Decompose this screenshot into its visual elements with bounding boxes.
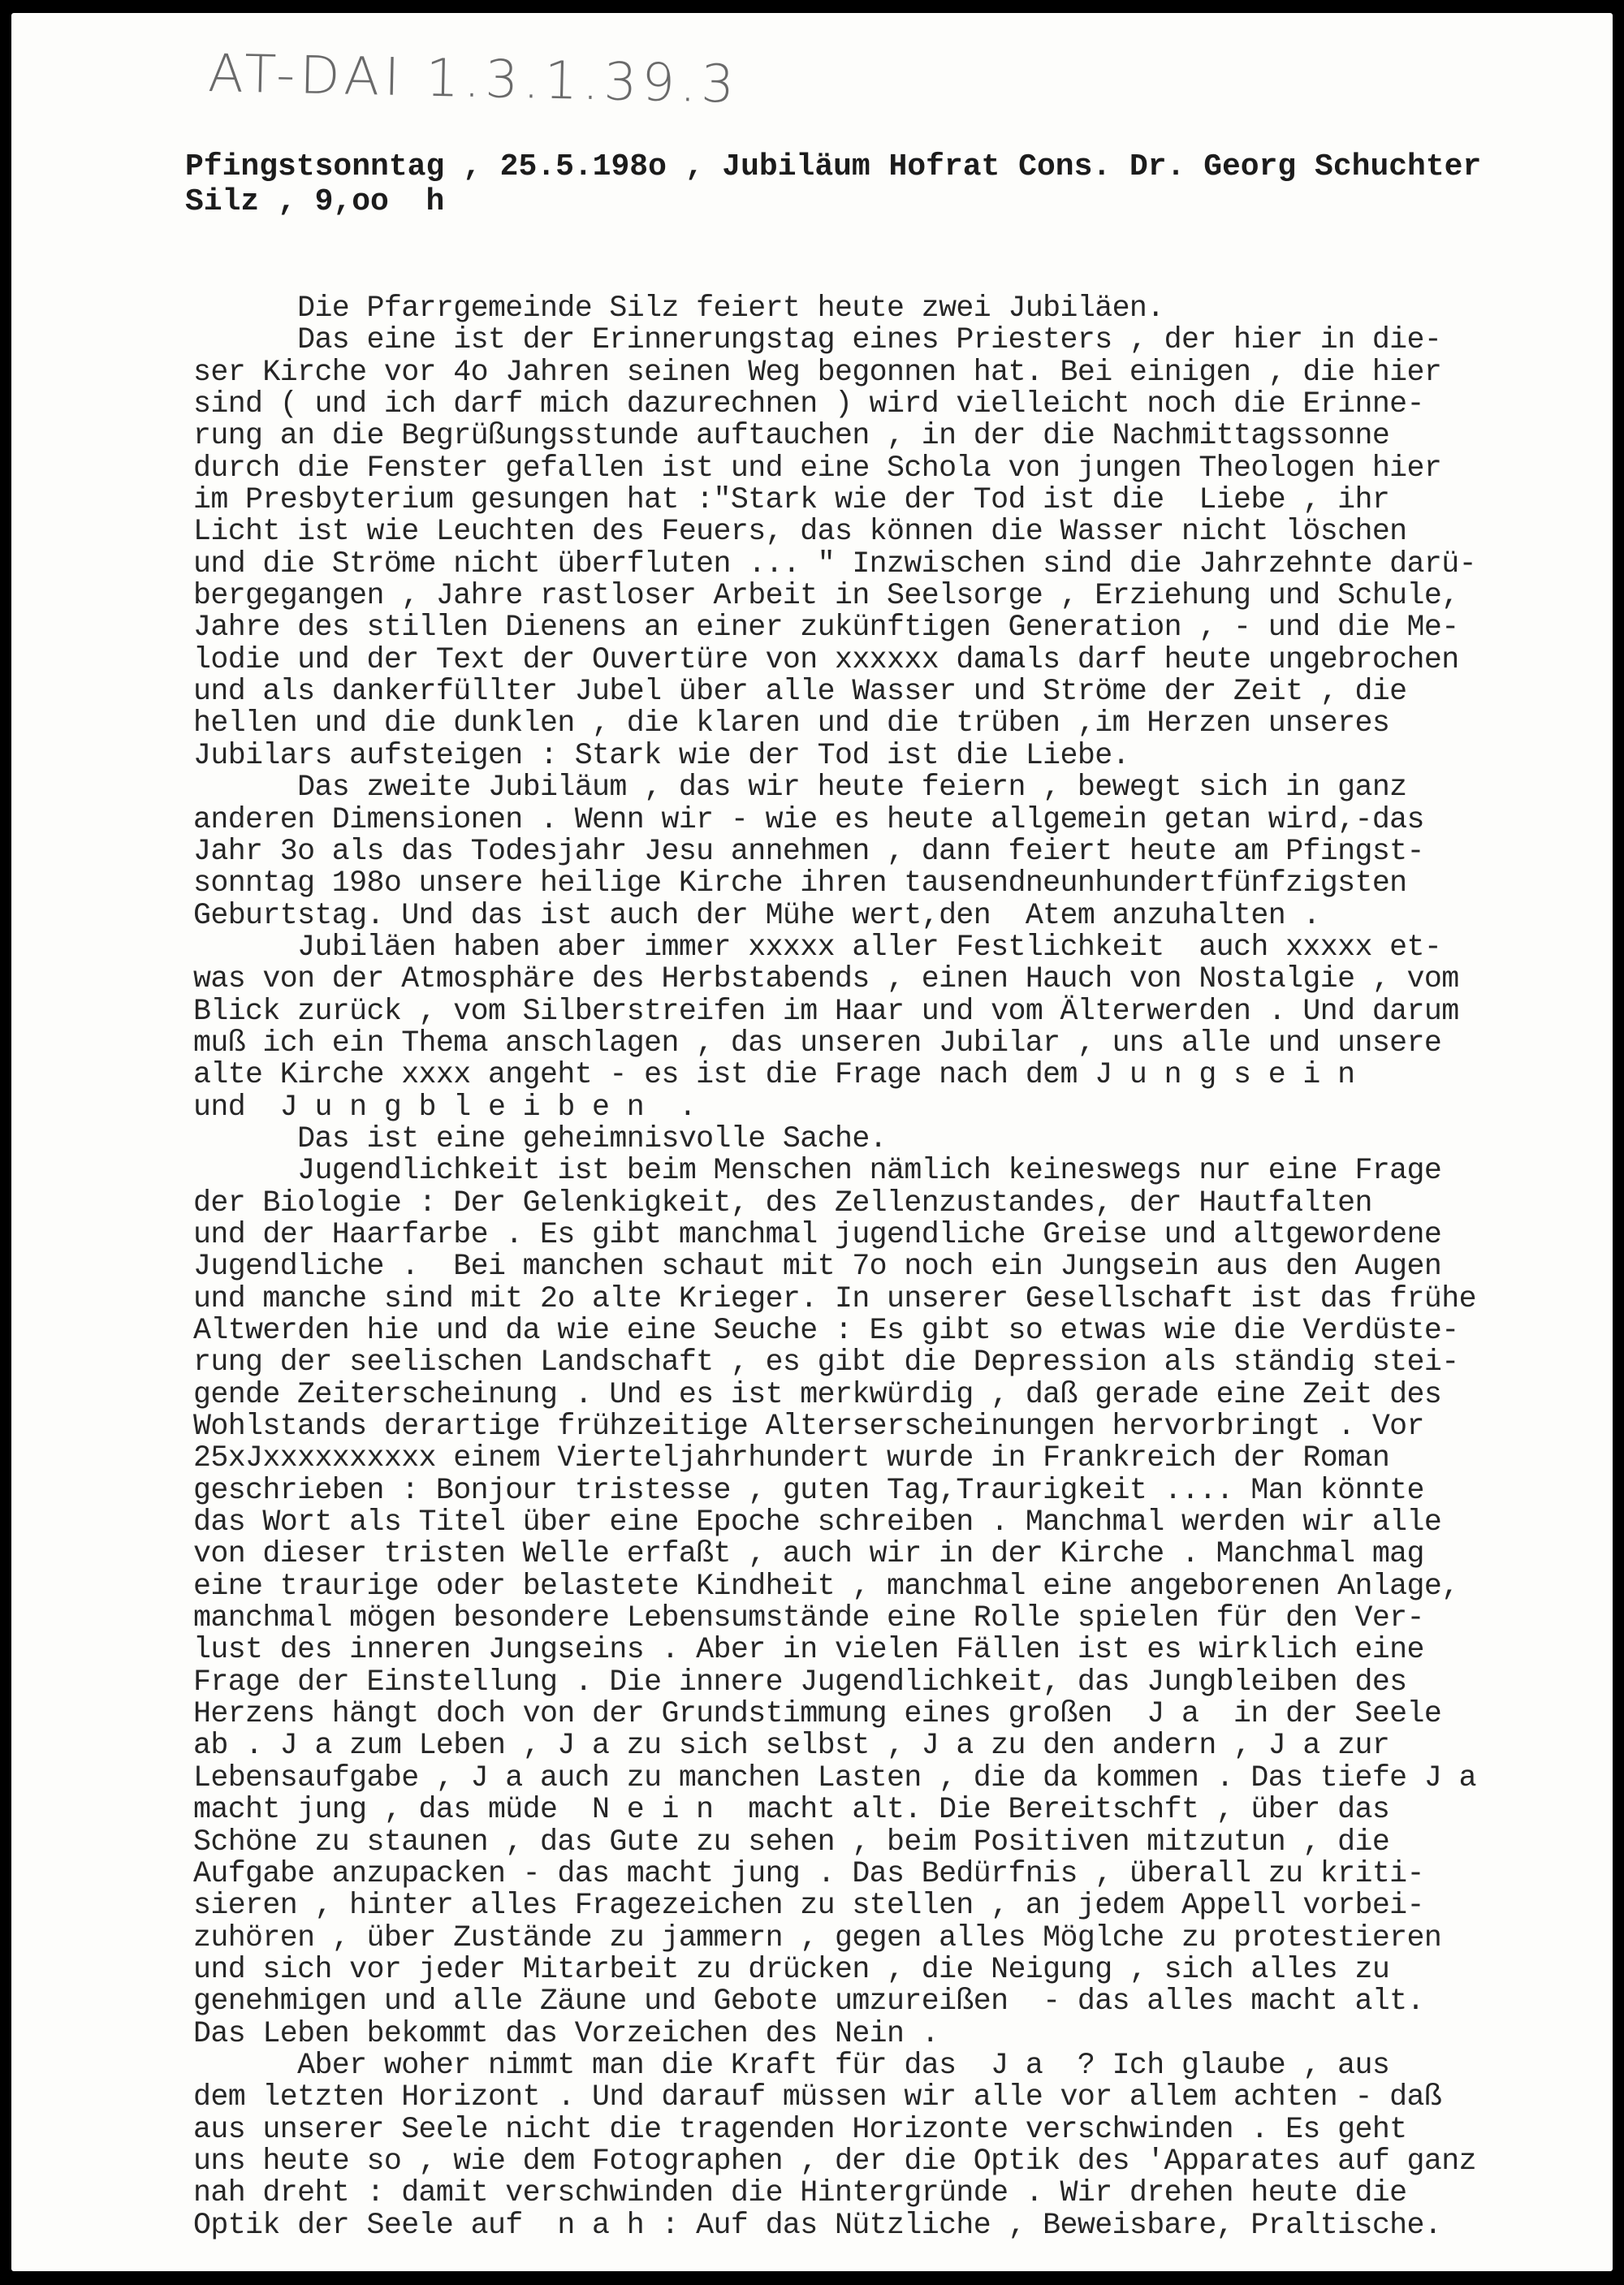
body-line: anderen Dimensionen . Wenn wir - wie es … <box>193 804 1476 836</box>
body-line: und manche sind mit 2o alte Krieger. In … <box>193 1283 1476 1315</box>
body-line: Das zweite Jubiläum , das wir heute feie… <box>193 771 1476 803</box>
heading-line-place-time: Silz , 9,oo h <box>185 184 1481 219</box>
body-line: genehmigen und alle Zäune und Gebote umz… <box>193 1985 1476 2017</box>
body-line: das Wort als Titel über eine Epoche schr… <box>193 1506 1476 1538</box>
body-line: sind ( und ich darf mich dazurechnen ) w… <box>193 388 1476 420</box>
body-line: Die Pfarrgemeinde Silz feiert heute zwei… <box>193 292 1476 324</box>
body-line: und J u n g b l e i b e n . <box>193 1091 1476 1123</box>
body-line: Altwerden hie und da wie eine Seuche : E… <box>193 1315 1476 1346</box>
body-line: ab . J a zum Leben , J a zu sich selbst … <box>193 1730 1476 1761</box>
body-line: Wohlstands derartige frühzeitige Alterse… <box>193 1410 1476 1442</box>
body-line: Das ist eine geheimnisvolle Sache. <box>193 1123 1476 1155</box>
body-line: alte Kirche xxxx angeht - es ist die Fra… <box>193 1059 1476 1091</box>
body-line: dem letzten Horizont . Und darauf müssen… <box>193 2081 1476 2113</box>
body-line: hellen und die dunklen , die klaren und … <box>193 707 1476 739</box>
body-line: gende Zeiterscheinung . Und es ist merkw… <box>193 1379 1476 1410</box>
document-heading: Pfingstsonntag , 25.5.198o , Jubiläum Ho… <box>185 149 1481 219</box>
heading-line-date-occasion: Pfingstsonntag , 25.5.198o , Jubiläum Ho… <box>185 149 1481 184</box>
body-line: Blick zurück , vom Silberstreifen im Haa… <box>193 996 1476 1027</box>
body-line: was von der Atmosphäre des Herbstabends … <box>193 963 1476 995</box>
body-line: rung an die Begrüßungsstunde auftauchen … <box>193 420 1476 451</box>
body-line: uns heute so , wie dem Fotographen , der… <box>193 2145 1476 2177</box>
body-line: der Biologie : Der Gelenkigkeit, des Zel… <box>193 1187 1476 1219</box>
body-line: lust des inneren Jungseins . Aber in vie… <box>193 1634 1476 1665</box>
body-line: durch die Fenster gefallen ist und eine … <box>193 452 1476 484</box>
body-line: Jubiläen haben aber immer xxxxx aller Fe… <box>193 931 1476 963</box>
body-line: manchmal mögen besondere Lebensumstände … <box>193 1602 1476 1634</box>
body-line: Jubilars aufsteigen : Stark wie der Tod … <box>193 740 1476 771</box>
body-line: Optik der Seele auf n a h : Auf das Nütz… <box>193 2209 1476 2241</box>
body-line: Jugendliche . Bei manchen schaut mit 7o … <box>193 1250 1476 1282</box>
body-line: von dieser tristen Welle erfaßt , auch w… <box>193 1538 1476 1570</box>
body-line: Das eine ist der Erinnerungstag eines Pr… <box>193 324 1476 356</box>
body-line: sonntag 198o unsere heilige Kirche ihren… <box>193 867 1476 899</box>
body-line: Schöne zu staunen , das Gute zu sehen , … <box>193 1826 1476 1858</box>
body-line: und der Haarfarbe . Es gibt manchmal jug… <box>193 1219 1476 1250</box>
body-line: Lebensaufgabe , J a auch zu manchen Last… <box>193 1762 1476 1794</box>
body-line: Jahre des stillen Dienens an einer zukün… <box>193 611 1476 643</box>
body-line: Jugendlichkeit ist beim Menschen nämlich… <box>193 1155 1476 1186</box>
body-line: 25xJxxxxxxxxxx einem Vierteljahrhundert … <box>193 1442 1476 1474</box>
body-line: und die Ströme nicht überfluten ... " In… <box>193 548 1476 580</box>
body-line: Herzens hängt doch von der Grundstimmung… <box>193 1698 1476 1730</box>
body-line: und sich vor jeder Mitarbeit zu drücken … <box>193 1954 1476 1985</box>
sermon-body: Die Pfarrgemeinde Silz feiert heute zwei… <box>193 292 1476 2241</box>
body-line: Geburtstag. Und das ist auch der Mühe we… <box>193 900 1476 931</box>
body-line: muß ich ein Thema anschlagen , das unser… <box>193 1027 1476 1059</box>
body-line: Aufgabe anzupacken - das macht jung . Da… <box>193 1858 1476 1890</box>
body-line: eine traurige oder belastete Kindheit , … <box>193 1570 1476 1602</box>
body-line: Das Leben bekommt das Vorzeichen des Nei… <box>193 2018 1476 2050</box>
archive-signature: AT-DAI 1.3.1.39.3 <box>207 44 739 115</box>
body-line: geschrieben : Bonjour tristesse , guten … <box>193 1475 1476 1506</box>
document-page: AT-DAI 1.3.1.39.3 Pfingstsonntag , 25.5.… <box>11 13 1613 2271</box>
body-line: bergegangen , Jahre rastloser Arbeit in … <box>193 580 1476 611</box>
body-line: lodie und der Text der Ouvertüre von xxx… <box>193 644 1476 676</box>
body-line: rung der seelischen Landschaft , es gibt… <box>193 1346 1476 1378</box>
body-line: sieren , hinter alles Fragezeichen zu st… <box>193 1890 1476 1921</box>
body-line: ser Kirche vor 4o Jahren seinen Weg bego… <box>193 356 1476 388</box>
body-line: nah dreht : damit verschwinden die Hinte… <box>193 2177 1476 2209</box>
body-line: im Presbyterium gesungen hat :"Stark wie… <box>193 484 1476 516</box>
body-line: Frage der Einstellung . Die innere Jugen… <box>193 1666 1476 1698</box>
body-line: aus unserer Seele nicht die tragenden Ho… <box>193 2114 1476 2145</box>
body-line: und als dankerfüllter Jubel über alle Wa… <box>193 676 1476 707</box>
body-line: Jahr 3o als das Todesjahr Jesu annehmen … <box>193 836 1476 867</box>
body-line: Aber woher nimmt man die Kraft für das J… <box>193 2050 1476 2081</box>
body-line: zuhören , über Zustände zu jammern , geg… <box>193 1922 1476 1954</box>
body-line: Licht ist wie Leuchten des Feuers, das k… <box>193 516 1476 547</box>
body-line: macht jung , das müde N e i n macht alt.… <box>193 1794 1476 1825</box>
